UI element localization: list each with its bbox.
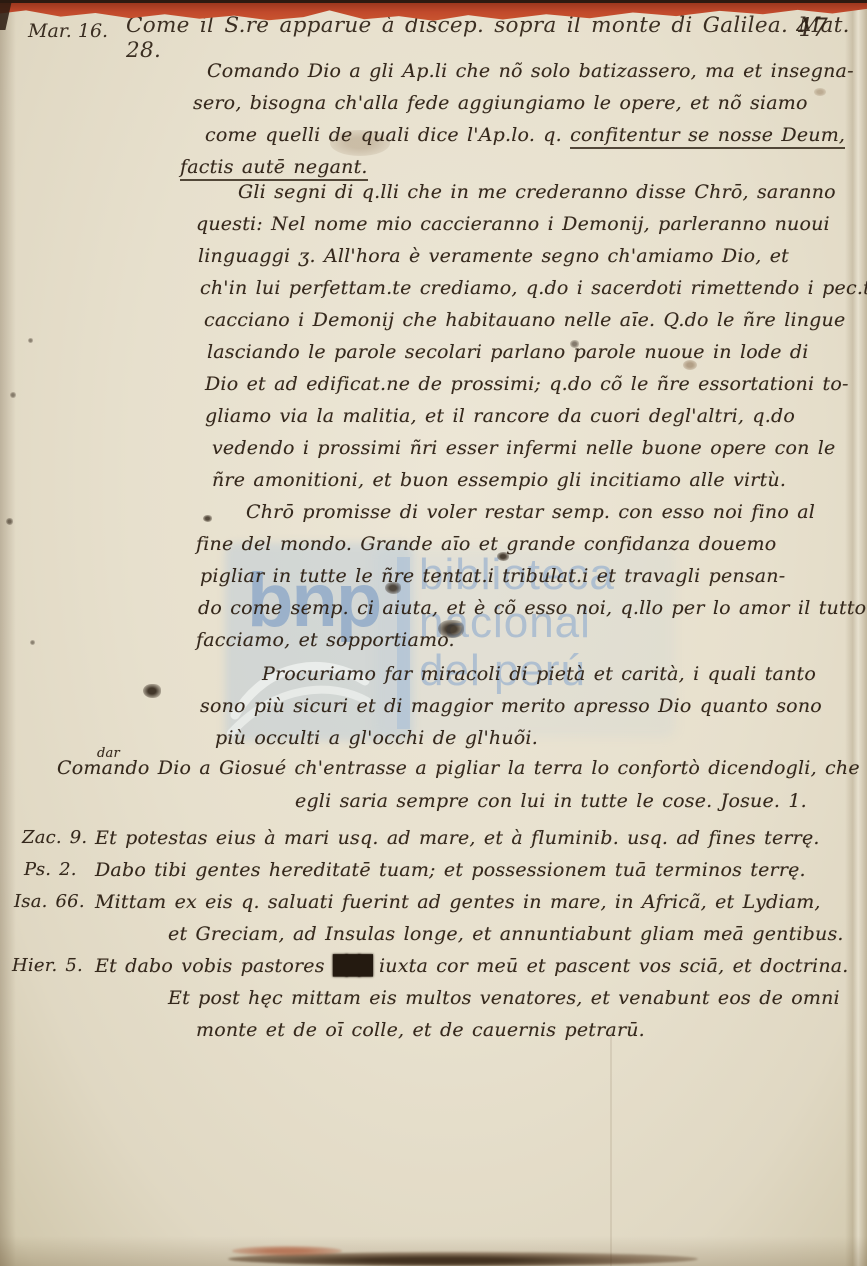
paragraph-1: Comando Dio a gli Ap.li che nõ solo bati…: [0, 55, 867, 183]
manuscript-page: bnp biblioteca nacional del perú Mar. 16…: [0, 0, 867, 1266]
ink-stain: [570, 340, 579, 348]
citation-text: Mittam ex eis q. saluati fuerint ad gent…: [95, 886, 821, 918]
line-text: Comando Dio a Giosué ch'entrasse a pigli…: [57, 757, 860, 779]
citation-text: Et potestas eius à mari usq. ad mare, et…: [95, 822, 820, 854]
citation-text: et Greciam, ad Insulas longe, et annunti…: [168, 918, 844, 950]
manuscript-line: ñre amonitioni, et buon essempio gli inc…: [212, 464, 867, 496]
ink-stain: [203, 515, 212, 522]
top-binding-shadow: [0, 0, 867, 3]
manuscript-line: più occulti a gl'occhi de gl'huõi.: [215, 722, 867, 754]
citation-line: Zac. 9. Et potestas eius à mari usq. ad …: [0, 822, 867, 854]
citation-line: Ps. 2. Dabo tibi gentes hereditatē tuam;…: [0, 854, 867, 886]
manuscript-line: Procuriamo far miracoli di pietà et cari…: [262, 658, 867, 690]
citation-line: Isa. 66. Mittam ex eis q. saluati fuerin…: [0, 886, 867, 918]
paper-crease: [610, 1030, 612, 1266]
manuscript-line: darComando Dio a Giosué ch'entrasse a pi…: [57, 752, 867, 785]
manuscript-line: do come semp. ci aiuta, et è cõ esso noi…: [198, 592, 867, 624]
citation-line: Et post hęc mittam eis multos venatores,…: [0, 982, 867, 1014]
manuscript-line: vedendo i prossimi ñri esser infermi nel…: [212, 432, 867, 464]
line-text: come quelli de quali dice l'Ap.lo. q.: [205, 124, 570, 146]
ink-stain: [497, 552, 509, 561]
ink-stain: [30, 640, 35, 645]
manuscript-line: cacciano i Demonij che habitauano nelle …: [204, 304, 867, 336]
citation-ref: Zac. 9.: [22, 822, 87, 854]
manuscript-line: Gli segni di q.lli che in me crederanno …: [238, 176, 867, 208]
citation-ref: Hier. 5.: [12, 950, 83, 982]
ink-stain: [10, 392, 16, 398]
interlinear-correction: dar: [97, 737, 120, 770]
manuscript-line: pigliar in tutte le ñre tentat.i tribula…: [200, 560, 867, 592]
citation-text: monte et de oī colle, et de cauernis pet…: [196, 1014, 645, 1046]
manuscript-line: Dio et ad edificat.ne de prossimi; q.do …: [205, 368, 867, 400]
citation-ref: Ps. 2.: [24, 854, 77, 886]
underlined-latin: confitentur se nosse Deum,: [570, 124, 845, 149]
folio-number: 47: [796, 13, 828, 42]
citation-line: Hier. 5. Et dabo vobis pastores ███ iuxt…: [0, 950, 867, 982]
ink-stain: [438, 620, 464, 638]
manuscript-line: Chrō promisse di voler restar semp. con …: [246, 496, 867, 528]
manuscript-line: come quelli de quali dice l'Ap.lo. q. co…: [205, 119, 867, 151]
paragraph-5: darComando Dio a Giosué ch'entrasse a pi…: [0, 752, 867, 818]
manuscript-line: sono più sicuri et di maggior merito apr…: [200, 690, 867, 722]
paragraph-4: Procuriamo far miracoli di pietà et cari…: [0, 658, 867, 754]
citation-line: monte et de oī colle, et de cauernis pet…: [0, 1014, 867, 1046]
manuscript-line: fine del mondo. Grande aīo et grande con…: [196, 528, 867, 560]
manuscript-line: ch'in lui perfettam.te crediamo, q.do i …: [200, 272, 867, 304]
ink-stain: [6, 518, 13, 525]
citation-line: et Greciam, ad Insulas longe, et annunti…: [0, 918, 867, 950]
crossed-out-word: ███: [333, 955, 371, 977]
manuscript-line: gliamo via la malitia, et il rancore da …: [205, 400, 867, 432]
manuscript-line: lasciando le parole secolari parlano par…: [207, 336, 867, 368]
citation-text: Et post hęc mittam eis multos venatores,…: [168, 982, 840, 1014]
citation-text-pre: Et dabo vobis pastores: [95, 955, 333, 977]
citation-text: Et dabo vobis pastores ███ iuxta cor meū…: [95, 950, 849, 982]
ink-stain: [143, 684, 161, 698]
citation-ref: Isa. 66.: [14, 886, 85, 918]
paragraph-3: Chrō promisse di voler restar semp. con …: [0, 496, 867, 656]
citations-block: Zac. 9. Et potestas eius à mari usq. ad …: [0, 822, 867, 1046]
margin-date-note: Mar. 16.: [28, 20, 108, 42]
manuscript-line: egli saria sempre con lui in tutte le co…: [295, 785, 867, 818]
manuscript-line: sero, bisogna ch'alla fede aggiungiamo l…: [193, 87, 867, 119]
citation-text-post: iuxta cor meū et pascent vos sciā, et do…: [371, 955, 849, 977]
paragraph-2: Gli segni di q.lli che in me crederanno …: [0, 176, 867, 496]
ink-stain: [28, 338, 33, 343]
ink-stain: [385, 582, 401, 594]
bottom-red-speckle: [232, 1246, 342, 1256]
manuscript-line: questi: Nel nome mio caccieranno i Demon…: [196, 208, 867, 240]
manuscript-line: linguaggi ʒ. All'hora è veramente segno …: [198, 240, 867, 272]
manuscript-line: facciamo, et sopportiamo.: [196, 624, 867, 656]
citation-text: Dabo tibi gentes hereditatē tuam; et pos…: [95, 854, 806, 886]
manuscript-line: Comando Dio a gli Ap.li che nõ solo bati…: [207, 55, 867, 87]
